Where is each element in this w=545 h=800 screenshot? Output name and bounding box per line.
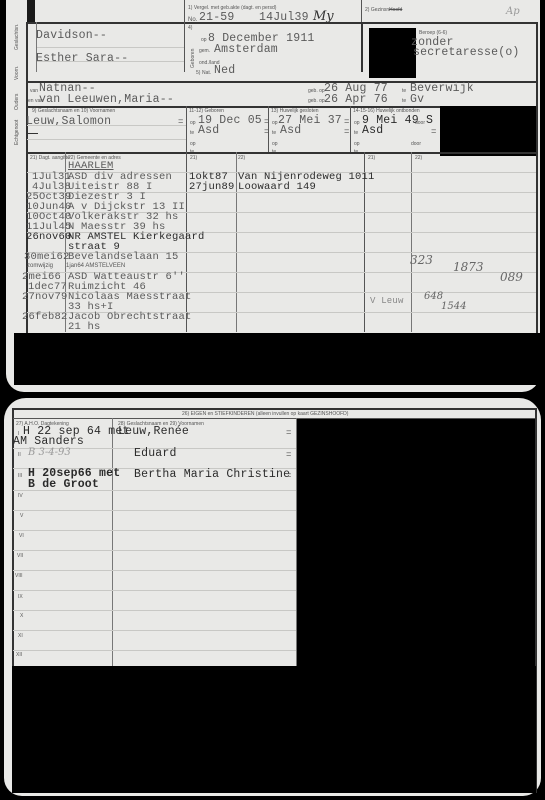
born-place-label: gem.	[199, 48, 210, 54]
address-date: zomwijzig	[27, 263, 53, 269]
mother-name: van Leeuwen,Maria--	[39, 94, 174, 106]
dissolved-place-label: te	[354, 130, 358, 136]
address-row: 1jan64 AMSTELVEEN	[66, 263, 125, 269]
born-side-label: Geboren	[190, 49, 196, 68]
address-date: 27nov79	[22, 292, 68, 303]
eq-mark: =	[286, 428, 291, 438]
surname: Davidson--	[36, 30, 107, 42]
birth-place: Amsterdam	[214, 44, 278, 56]
record-number: 21-59	[199, 12, 235, 24]
rule	[37, 47, 184, 48]
address-row: 21 hs	[68, 322, 101, 333]
dissolved-on-label: op	[354, 120, 360, 126]
spouse-name-label: 9) Geslachtsnaam en 10) Voornamen	[32, 108, 115, 114]
second-by-label: door	[411, 141, 421, 147]
divider	[184, 0, 185, 72]
row-numeral: X	[20, 613, 23, 619]
divider	[361, 22, 363, 72]
handwritten-ref: V Leuw	[370, 296, 404, 307]
dissolved-by: S	[426, 115, 433, 127]
bottom-card: 26) EIGEN en STIEFKINDEREN (alleen invul…	[4, 398, 541, 796]
surname-side-label: Geslachtsn.	[14, 24, 20, 50]
row-numeral: III	[18, 473, 22, 479]
born-on-label: op	[201, 37, 207, 43]
child-name: Bertha Maria Christine	[134, 469, 290, 481]
nationality: Ned	[214, 65, 235, 77]
field2-label: 2) Gezinsn.	[365, 7, 391, 13]
op-label: op	[272, 141, 278, 147]
rule	[13, 610, 296, 611]
spouse-born-place-label: te	[190, 130, 194, 136]
divider	[268, 106, 269, 152]
firstname-side-label: Voorn.	[14, 66, 20, 80]
mother-birth-date: 26 Apr 76	[324, 94, 388, 106]
eq-mark: =	[286, 471, 291, 481]
card-edge-mark	[27, 0, 35, 22]
redaction-block	[440, 106, 536, 156]
child-note-2: B de Groot	[28, 479, 99, 491]
row-numeral: IX	[18, 594, 23, 600]
address-date: 30mei62	[24, 252, 70, 263]
divider	[536, 22, 538, 384]
row-numeral: IV	[18, 493, 23, 499]
divider	[186, 106, 187, 152]
rule	[13, 590, 296, 591]
divider	[112, 418, 113, 666]
occupation-line2: secretaresse(o)	[413, 47, 520, 59]
mother-birth-place: Gv	[410, 94, 424, 106]
rule	[13, 570, 296, 571]
record-date: 14Jul39	[259, 12, 309, 24]
initials: My	[313, 9, 334, 24]
spouse-name: Leuw,Salomon	[26, 116, 111, 128]
address-date: 27jun89	[189, 182, 235, 193]
child-name: Eduard	[134, 448, 177, 460]
op-label: op	[190, 141, 196, 147]
number-prefix: No.	[188, 17, 197, 23]
redaction-block	[369, 28, 416, 78]
address-row: Loowaard 149	[238, 182, 316, 193]
field2-struck: Hoofd	[389, 7, 402, 13]
marriage-place: Asd	[280, 125, 301, 137]
divider	[411, 152, 412, 332]
divider	[236, 152, 237, 332]
row-numeral: XII	[16, 652, 22, 658]
col4-label: 22)	[238, 155, 245, 161]
rule	[13, 630, 296, 631]
divider	[350, 106, 351, 152]
nationality-num: 5)	[196, 70, 200, 76]
address-date: 26nov60	[26, 232, 72, 243]
born-field-num: 4)	[188, 25, 192, 31]
married-place-label: te	[272, 130, 276, 136]
mother-birth-place-label: te	[402, 98, 406, 104]
divider	[26, 152, 538, 154]
row-numeral: VI	[19, 533, 24, 539]
spouse-born-on-label: op	[190, 120, 196, 126]
handwritten-number: 323	[410, 253, 433, 267]
row-numeral: VII	[17, 553, 23, 559]
eq-mark: =	[344, 117, 349, 127]
parents-side-label: Ouders	[14, 94, 20, 110]
child-note: B 3-4-93	[28, 447, 71, 458]
father-prefix: van	[30, 88, 38, 94]
spouse-birth-place: Asd	[198, 125, 219, 137]
rule	[27, 139, 186, 140]
handwritten-number: 089	[500, 270, 523, 284]
rule	[13, 650, 296, 651]
eq-mark: =	[344, 127, 349, 137]
col3-label: 21)	[190, 155, 197, 161]
redaction-block	[14, 333, 540, 385]
nationality-label: Nat.	[202, 70, 211, 76]
row-numeral: II	[18, 452, 21, 458]
col6-label: 22)	[415, 155, 422, 161]
rule	[13, 510, 296, 511]
row-numeral: XI	[18, 633, 23, 639]
address-row: Bevelandselaan 15	[68, 252, 179, 263]
children-section-title: 26) EIGEN en STIEFKINDEREN (alleen invul…	[182, 411, 348, 417]
redaction-block	[297, 419, 535, 667]
op-label: op	[354, 141, 360, 147]
father-birth-place-label: te	[402, 88, 406, 94]
divider	[12, 408, 536, 410]
rule	[27, 125, 186, 126]
eq-mark: =	[178, 117, 183, 127]
col-date-label: 21) Dagt. aangifte	[30, 155, 70, 161]
handwritten-fraction-bottom: 1544	[441, 301, 466, 312]
spouse-side-label: Echtgenoot	[14, 120, 20, 145]
firstname: Esther Sara--	[36, 53, 128, 65]
row-numeral: V	[20, 513, 23, 519]
rule	[37, 61, 184, 62]
handwritten-number: 1873	[453, 260, 484, 274]
col5-label: 21)	[368, 155, 375, 161]
mother-born-label: geb. op	[308, 98, 325, 104]
row-numeral: VIII	[15, 573, 23, 579]
rule	[13, 550, 296, 551]
corner-mark: Ap	[506, 6, 520, 17]
rule	[26, 133, 38, 134]
eq-mark: =	[431, 127, 436, 137]
redaction-block	[12, 666, 536, 793]
married-on-label: op	[272, 120, 278, 126]
eq-mark: =	[286, 450, 291, 460]
dissolved-by-label: door	[415, 120, 425, 126]
address-date: 26feb82	[22, 312, 68, 323]
dissolution-place: Asd	[362, 125, 383, 137]
child-name: Leuw,Renée	[118, 426, 189, 438]
rule	[13, 530, 296, 531]
top-card: 1) Vergel. met geb.akte (dagt. en persd)…	[6, 0, 540, 392]
father-born-label: geb. op	[308, 88, 325, 94]
